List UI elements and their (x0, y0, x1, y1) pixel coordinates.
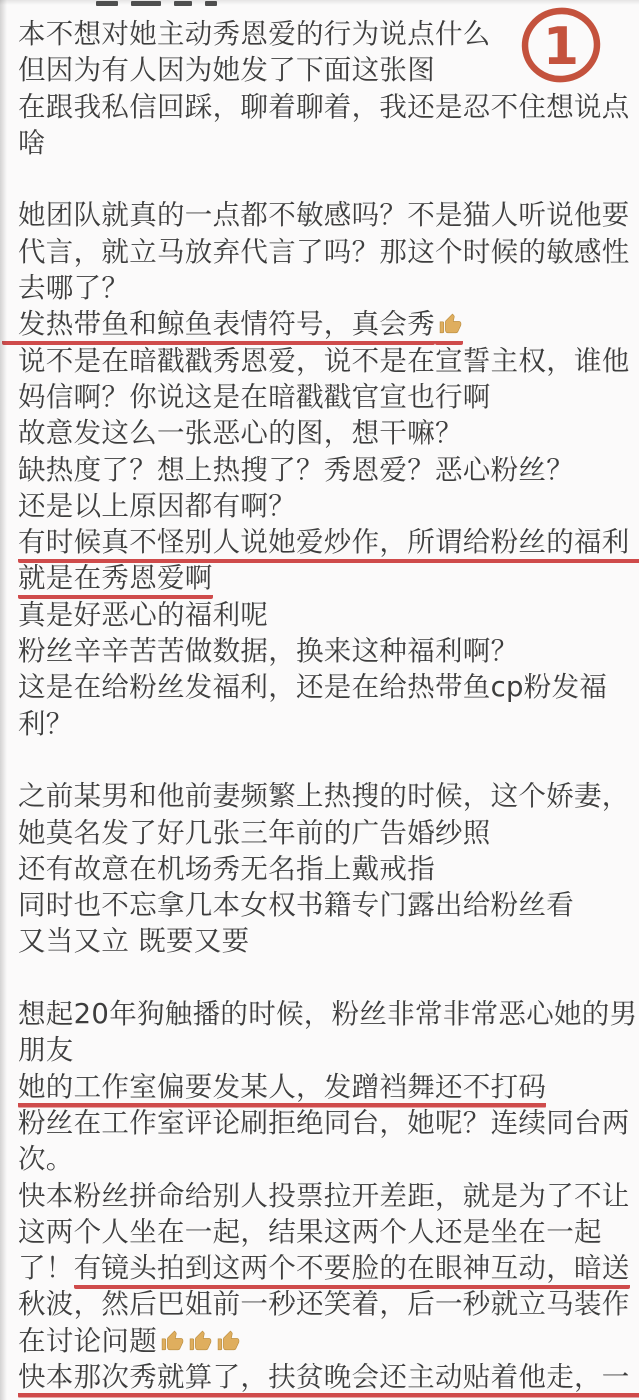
underlined-text: 快本那次秀就算了，扶贫晚会还主动贴着他走，一 (18, 1361, 639, 1398)
text-segment: 想起20年狗触播的时候，粉丝非常非常恶心她的男 (18, 998, 637, 1030)
text-segment: 说不是在暗戳戳秀恩爱，说不是在宣誓主权，谁他 (18, 345, 630, 377)
text-segment: 在讨论问题 (18, 1325, 157, 1357)
text-segment: 之前某男和他前妻频繁上热搜的时候，这个娇妻， (18, 780, 630, 812)
underlined-text: 她的工作室偏要发某人，发蹭裆舞还不打码 (18, 1071, 546, 1108)
text-segment: 她团队就真的一点都不敏感吗？不是猫人听说他要 (18, 199, 630, 231)
text-segment: 缺热度了？想上热搜了？秀恩爱？恶心粉丝？ (18, 454, 574, 486)
text-line: 在讨论问题 (18, 1323, 635, 1359)
text-line: 快本那次秀就算了，扶贫晚会还主动贴着他走，一 (18, 1359, 635, 1395)
thumbs-up-icon (435, 308, 463, 345)
text-line: 她团队就真的一点都不敏感吗？不是猫人听说他要 (18, 197, 635, 233)
text-line: 妈信啊？你说这是在暗戳戳官宣也行啊 (18, 379, 635, 415)
text-segment: 故意发这么一张恶心的图，想干嘛？ (18, 417, 463, 449)
text-line: 朋友 (18, 1032, 635, 1068)
text-line: 还有故意在机场秀无名指上戴戒指 (18, 851, 635, 887)
text-line: 发热带鱼和鲸鱼表情符号，真会秀 (18, 306, 635, 342)
text-segment: 朋友 (18, 1034, 74, 1066)
text-segment: 利？ (18, 708, 74, 740)
text-line: 秋波，然后巴姐前一秒还笑着，后一秒就立马装作 (18, 1286, 635, 1322)
text-line: 啥 (18, 125, 635, 161)
blank-line (18, 161, 635, 197)
text-line: 去哪了？ (18, 270, 635, 306)
circled-number-1-annotation: 1 (517, 4, 605, 90)
text-line: 又当又立 既要又要 (18, 923, 635, 959)
text-line: 粉丝辛辛苦苦做数据，换来这种福利啊？ (18, 633, 635, 669)
text-segment: 真是好恶心的福利呢 (18, 599, 268, 631)
underlined-text: 有镜头拍到这两个不要脸的在眼神互动，暗送 (74, 1252, 630, 1289)
text-line: 这是在给粉丝发福利，还是在给热带鱼cp粉发福 (18, 669, 635, 705)
circled-number-label: 1 (543, 17, 579, 77)
text-line: 了！有镜头拍到这两个不要脸的在眼神互动，暗送 (18, 1250, 635, 1286)
text-line: 次。 (18, 1141, 635, 1177)
text-segment: 还是以上原因都有啊？ (18, 490, 296, 522)
text-segment: 但因为有人因为她发了下面这张图 (18, 54, 435, 86)
text-segment: 粉丝在工作室评论刷拒绝同台，她呢？连续同台两 (18, 1107, 630, 1139)
text-segment: 快本粉丝拼命给别人投票拉开差距，就是为了不让 (18, 1180, 630, 1212)
text-line: 这两个人坐在一起，结果这两个人还是坐在一起 (18, 1214, 635, 1250)
text-segment: 同时也不忘拿几本女权书籍专门露出给粉丝看 (18, 889, 574, 921)
thumbs-up-icon (157, 1325, 241, 1357)
text-segment: 还有故意在机场秀无名指上戴戒指 (18, 853, 435, 885)
text-line: 就是在秀恩爱啊 (18, 560, 635, 596)
text-segment: 又当又立 既要又要 (18, 925, 249, 957)
text-segment: 秋波，然后巴姐前一秒还笑着，后一秒就立马装作 (18, 1288, 630, 1320)
text-segment: 代言，就立马放弃代言了吗？那这个时候的敏感性 (18, 236, 630, 268)
text-line: 粉丝在工作室评论刷拒绝同台，她呢？连续同台两 (18, 1105, 635, 1141)
text-line: 还是以上原因都有啊？ (18, 488, 635, 524)
text-line: 有时候真不怪别人说她爱炒作，所谓给粉丝的福利 (18, 524, 635, 560)
text-segment: 啥 (18, 127, 46, 159)
text-line: 真是好恶心的福利呢 (18, 597, 635, 633)
text-segment: 她莫名发了好几张三年前的广告婚纱照 (18, 817, 491, 849)
text-line: 想起20年狗触播的时候，粉丝非常非常恶心她的男 (18, 996, 635, 1032)
text-segment: 本不想对她主动秀恩爱的行为说点什么 (18, 18, 491, 50)
text-segment: 在跟我私信回踩，聊着聊着，我还是忍不住想说点 (18, 91, 630, 123)
screenshot-page: 1 本不想对她主动秀恩爱的行为说点什么但因为有人因为她发了下面这张图在跟我私信回… (0, 0, 639, 1400)
text-line: 利？ (18, 706, 635, 742)
text-line: 缺热度了？想上热搜了？秀恩爱？恶心粉丝？ (18, 452, 635, 488)
text-line: 快本粉丝拼命给别人投票拉开差距，就是为了不让 (18, 1178, 635, 1214)
cropped-text-fragment (96, 0, 230, 7)
text-segment: 粉丝辛辛苦苦做数据，换来这种福利啊？ (18, 635, 518, 667)
text-line: 同时也不忘拿几本女权书籍专门露出给粉丝看 (18, 887, 635, 923)
text-line: 代言，就立马放弃代言了吗？那这个时候的敏感性 (18, 234, 635, 270)
text-segment: 去哪了？ (18, 272, 129, 304)
text-segment: 妈信啊？你说这是在暗戳戳官宣也行啊 (18, 381, 491, 413)
underlined-text: 就是在秀恩爱啊 (18, 562, 213, 599)
underlined-text: 有时候真不怪别人说她爱炒作，所谓给粉丝的福利 (18, 526, 639, 563)
text-line: 之前某男和他前妻频繁上热搜的时候，这个娇妻， (18, 778, 635, 814)
underlined-text: 发热带鱼和鲸鱼表情符号，真会秀 (2, 308, 435, 345)
text-line: 她的工作室偏要发某人，发蹭裆舞还不打码 (18, 1069, 635, 1105)
blank-line (18, 742, 635, 778)
text-body: 本不想对她主动秀恩爱的行为说点什么但因为有人因为她发了下面这张图在跟我私信回踩，… (18, 16, 635, 1395)
text-segment: 次。 (18, 1143, 74, 1175)
text-segment: 了！ (18, 1252, 74, 1284)
text-segment: 这是在给粉丝发福利，还是在给热带鱼cp粉发福 (18, 671, 607, 703)
text-line: 故意发这么一张恶心的图，想干嘛？ (18, 415, 635, 451)
blank-line (18, 960, 635, 996)
text-line: 在跟我私信回踩，聊着聊着，我还是忍不住想说点 (18, 89, 635, 125)
text-line: 说不是在暗戳戳秀恩爱，说不是在宣誓主权，谁他 (18, 343, 635, 379)
text-line: 她莫名发了好几张三年前的广告婚纱照 (18, 815, 635, 851)
text-segment: 这两个人坐在一起，结果这两个人还是坐在一起 (18, 1216, 602, 1248)
